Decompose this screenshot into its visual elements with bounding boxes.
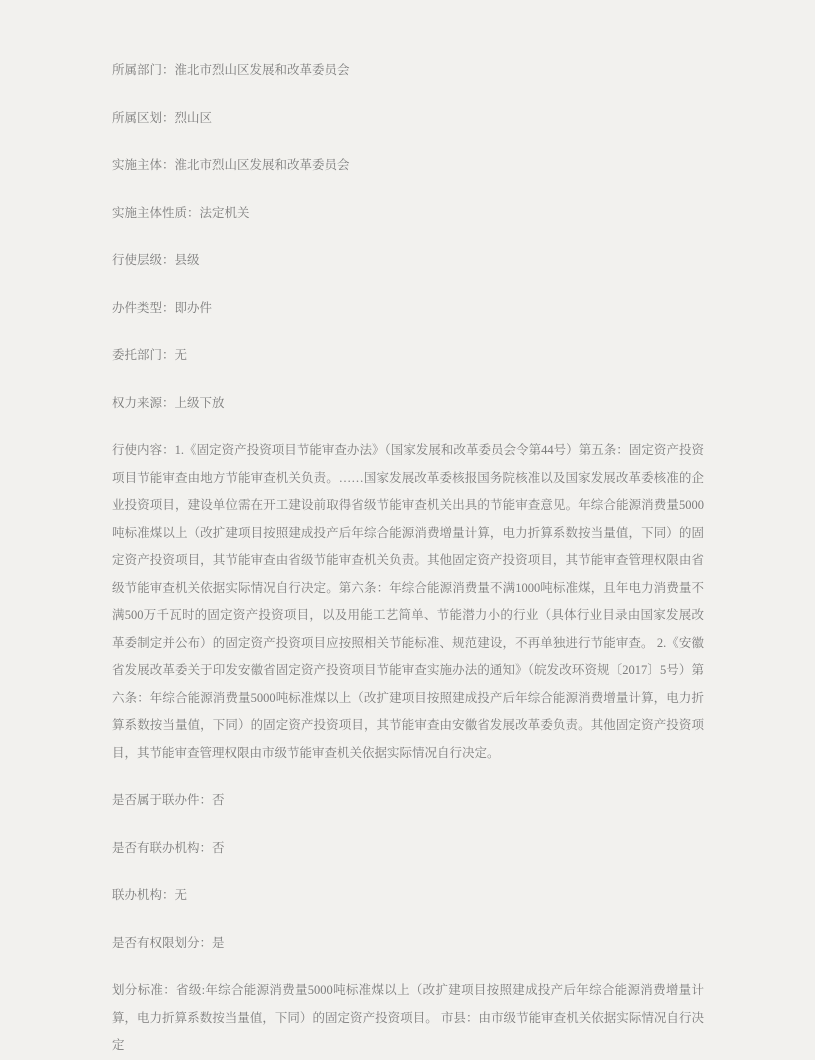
field-entrusting-department: 委托部门：无 — [112, 342, 704, 370]
field-colon: ： — [162, 396, 175, 410]
field-colon: ： — [162, 111, 175, 125]
field-label: 所属部门 — [112, 63, 162, 77]
field-value: 无 — [175, 348, 188, 362]
field-label: 所属区划 — [112, 111, 162, 125]
field-colon: ： — [162, 63, 175, 77]
field-label: 是否有权限划分 — [112, 936, 200, 950]
field-body-nature: 实施主体性质：法定机关 — [112, 200, 704, 228]
field-exercise-level: 行使层级：县级 — [112, 247, 704, 275]
field-power-source: 权力来源：上级下放 — [112, 390, 704, 418]
field-value: 淮北市烈山区发展和改革委员会 — [175, 63, 350, 77]
field-colon: ： — [162, 888, 175, 902]
field-value: 上级下放 — [175, 396, 225, 410]
field-colon: ： — [200, 793, 213, 807]
field-handling-type: 办件类型：即办件 — [112, 295, 704, 323]
field-value: 即办件 — [175, 301, 213, 315]
field-label: 实施主体性质 — [112, 206, 187, 220]
field-value: 县级 — [175, 253, 200, 267]
field-authority-division-exists: 是否有权限划分：是 — [112, 930, 704, 958]
field-value: 烈山区 — [175, 111, 213, 125]
field-label: 办件类型 — [112, 301, 162, 315]
field-colon: ： — [163, 983, 176, 997]
field-department: 所属部门：淮北市烈山区发展和改革委员会 — [112, 57, 704, 85]
field-label: 划分标准 — [112, 983, 163, 997]
field-division-standard: 划分标准：省级:年综合能源消费量5000吨标准煤以上（改扩建项目按照建成投产后年… — [112, 977, 704, 1060]
field-joint-org: 联办机构：无 — [112, 882, 704, 910]
field-label: 是否有联办机构 — [112, 841, 200, 855]
field-label: 实施主体 — [112, 158, 162, 172]
field-joint-handling: 是否属于联办件：否 — [112, 787, 704, 815]
field-colon: ： — [162, 158, 175, 172]
field-label: 联办机构 — [112, 888, 162, 902]
field-label: 委托部门 — [112, 348, 162, 362]
field-colon: ： — [162, 301, 175, 315]
field-value: 是 — [212, 936, 225, 950]
field-colon: ： — [200, 936, 213, 950]
field-value: 否 — [212, 841, 225, 855]
field-value: 否 — [212, 793, 225, 807]
document-body: 所属部门：淮北市烈山区发展和改革委员会 所属区划：烈山区 实施主体：淮北市烈山区… — [0, 0, 704, 1060]
field-label: 权力来源 — [112, 396, 162, 410]
field-district: 所属区划：烈山区 — [112, 105, 704, 133]
field-label: 是否属于联办件 — [112, 793, 200, 807]
field-colon: ： — [162, 253, 175, 267]
field-value: 1.《固定资产投资项目节能审查办法》（国家发展和改革委员会令第44号）第五条：固… — [112, 443, 704, 760]
field-value: 法定机关 — [200, 206, 250, 220]
field-value: 无 — [175, 888, 188, 902]
field-colon: ： — [200, 841, 213, 855]
field-label: 行使内容 — [112, 443, 162, 457]
field-exercise-content: 行使内容：1.《固定资产投资项目节能审查办法》（国家发展和改革委员会令第44号）… — [112, 437, 704, 767]
field-joint-org-exists: 是否有联办机构：否 — [112, 835, 704, 863]
field-colon: ： — [162, 348, 175, 362]
field-label: 行使层级 — [112, 253, 162, 267]
field-colon: ： — [162, 443, 175, 457]
field-colon: ： — [187, 206, 200, 220]
field-value: 省级:年综合能源消费量5000吨标准煤以上（改扩建项目按照建成投产后年综合能源消… — [112, 983, 704, 1052]
field-implementing-body: 实施主体：淮北市烈山区发展和改革委员会 — [112, 152, 704, 180]
field-value: 淮北市烈山区发展和改革委员会 — [175, 158, 350, 172]
